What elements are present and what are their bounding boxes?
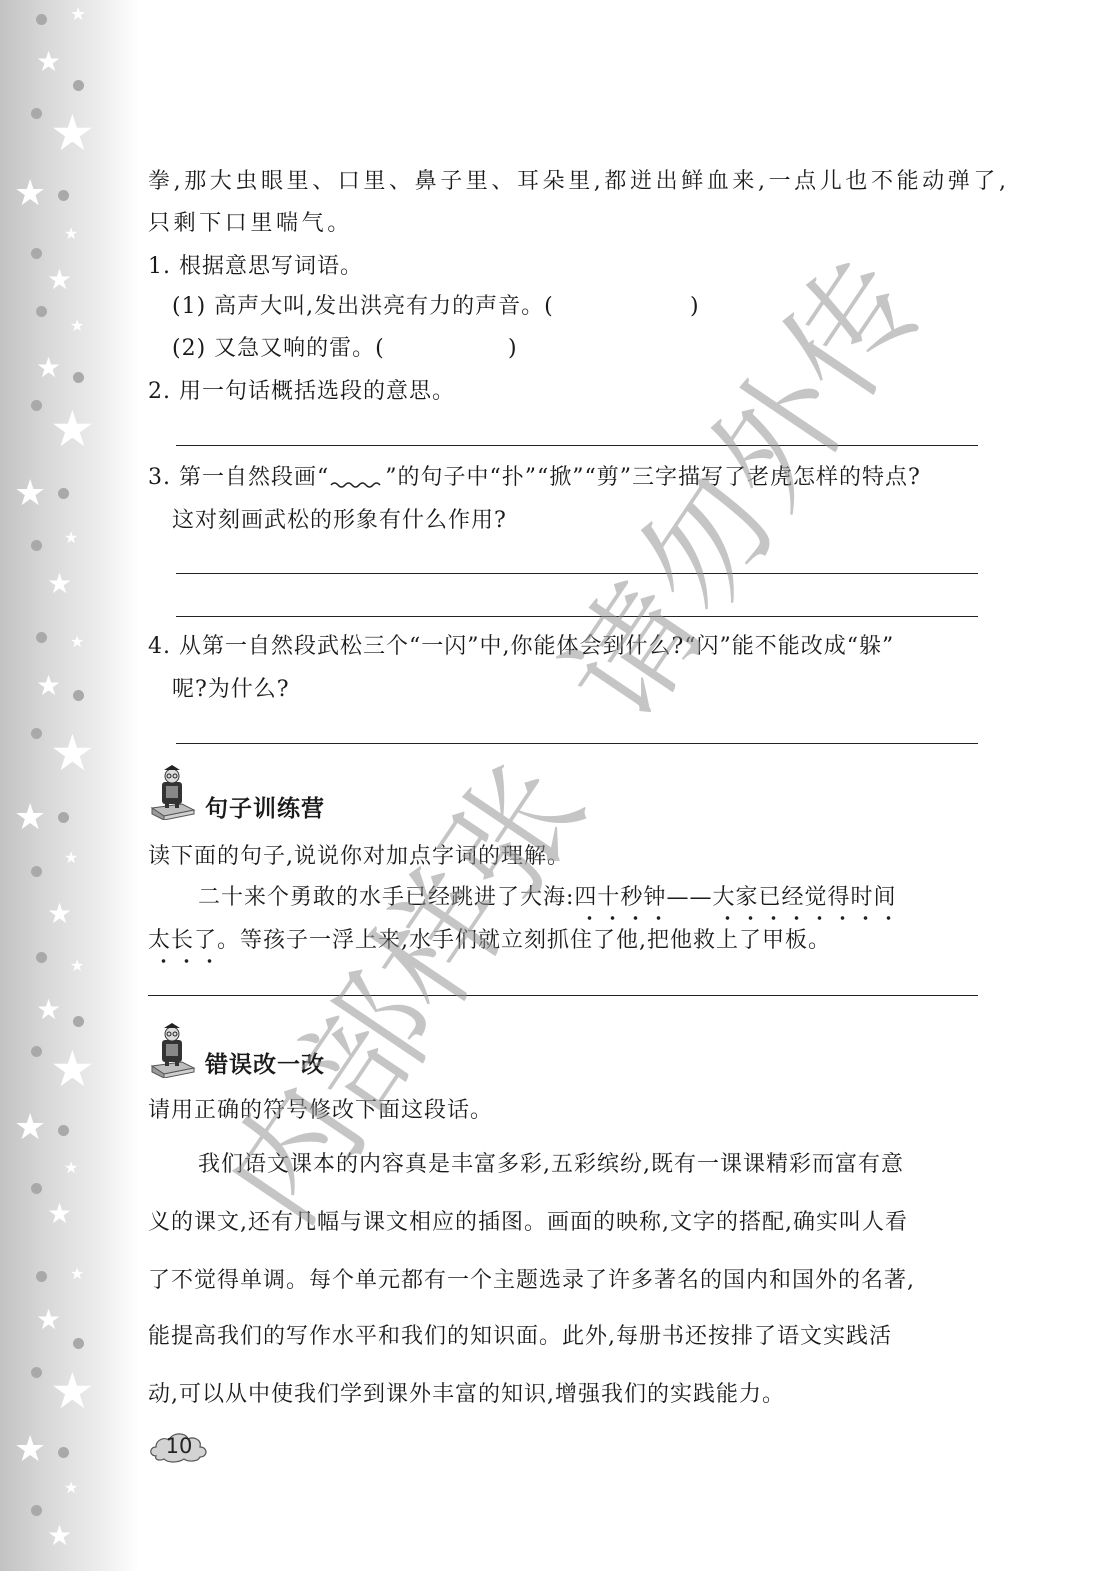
- dot-icon: [58, 1125, 69, 1136]
- star-icon: ★: [47, 1522, 72, 1550]
- star-icon: ★: [70, 634, 84, 650]
- answer-line[interactable]: [176, 445, 978, 446]
- answer-line[interactable]: [176, 573, 978, 574]
- star-icon: ★: [50, 728, 95, 778]
- star-icon: ★: [47, 900, 72, 928]
- sub-text: 又急又响的雷。(: [214, 336, 385, 361]
- sub-label: (1): [172, 294, 206, 319]
- question-text: ”的句子中“扑”“掀”“剪”三字描写了老虎怎样的特点?: [385, 465, 921, 490]
- star-icon: ★: [64, 1160, 78, 1176]
- section-title-sentence-camp: 句子训练营: [205, 790, 325, 823]
- question-1-sub-1: (1) 高声大叫,发出洪亮有力的声音。(: [172, 292, 554, 322]
- dot-icon: [31, 728, 42, 739]
- answer-line[interactable]: [176, 616, 978, 617]
- dot-icon: [58, 488, 69, 499]
- dot-icon: [31, 248, 42, 259]
- dot-icon: [31, 866, 42, 877]
- star-icon: ★: [50, 108, 95, 158]
- question-text: 第一自然段画“: [179, 465, 329, 490]
- star-icon: ★: [50, 1366, 95, 1416]
- dot-icon: [73, 372, 84, 383]
- star-icon: ★: [36, 996, 61, 1024]
- dot-icon: [73, 1338, 84, 1349]
- question-number: 4.: [148, 634, 171, 659]
- star-icon: ★: [14, 176, 46, 212]
- star-icon: ★: [36, 354, 61, 382]
- question-4: 4. 从第一自然段武松三个“一闪”中,你能体会到什么?“闪”能不能改成“躲”: [148, 632, 894, 662]
- star-icon: ★: [47, 570, 72, 598]
- star-icon: ★: [50, 1044, 95, 1094]
- error-paragraph-line: 了不觉得单调。每个单元都有一个主题选录了许多著名的国内和国外的名著,: [148, 1266, 915, 1296]
- reading-mascot-icon: [150, 764, 196, 820]
- dot-icon: [73, 80, 84, 91]
- sentence-paragraph-line-2: 太长了。等孩子一浮上来,水手们就立刻抓住了他,把他救上了甲板。: [148, 926, 831, 956]
- star-icon: ★: [70, 1266, 84, 1282]
- sub-text: 高声大叫,发出洪亮有力的声音。(: [214, 294, 554, 319]
- error-paragraph-line: 我们语文课本的内容真是丰富多彩,五彩缤纷,既有一课课精彩而富有意: [198, 1150, 904, 1180]
- error-paragraph-line: 动,可以从中使我们学到课外丰富的知识,增强我们的实践能力。: [148, 1380, 785, 1410]
- question-3-line-2: 这对刻画武松的形象有什么作用?: [172, 506, 507, 536]
- emphasis-dotted-text: 大家已经觉得时间: [712, 885, 896, 910]
- reading-mascot-icon: [150, 1022, 196, 1078]
- dot-icon: [73, 1016, 84, 1027]
- star-icon: ★: [14, 1110, 46, 1146]
- sentence-text: 二十来个勇敢的水手已经跳进了大海:: [198, 885, 574, 910]
- star-icon: ★: [14, 800, 46, 836]
- question-3: 3. 第一自然段画“”的句子中“扑”“掀”“剪”三字描写了老虎怎样的特点?: [148, 463, 921, 493]
- dot-icon: [36, 1271, 47, 1282]
- answer-line[interactable]: [176, 743, 978, 744]
- answer-blank-close[interactable]: ): [690, 292, 700, 322]
- dot-icon: [31, 400, 42, 411]
- section-title-error-fix: 错误改一改: [205, 1046, 325, 1079]
- star-icon: ★: [14, 476, 46, 512]
- dot-icon: [31, 1367, 42, 1378]
- wavy-underline-icon: [329, 480, 385, 490]
- star-icon: ★: [64, 850, 78, 866]
- dot-icon: [36, 306, 47, 317]
- star-icon: ★: [14, 1432, 46, 1468]
- question-number: 1.: [148, 254, 171, 279]
- star-icon: ★: [70, 318, 84, 334]
- dot-icon: [36, 632, 47, 643]
- dash: ——: [666, 885, 712, 910]
- sub-label: (2): [172, 336, 206, 361]
- dot-icon: [36, 952, 47, 963]
- star-icon: ★: [70, 958, 84, 974]
- question-text: 从第一自然段武松三个“一闪”中,你能体会到什么?“闪”能不能改成“躲”: [179, 634, 894, 659]
- question-4-line-2: 呢?为什么?: [172, 675, 290, 705]
- sentence-text: 。等孩子一浮上来,水手们就立刻抓住了他,把他救上了甲板。: [217, 928, 831, 953]
- question-number: 2.: [148, 379, 171, 404]
- question-2: 2. 用一句话概括选段的意思。: [148, 377, 455, 407]
- dot-icon: [58, 812, 69, 823]
- decorative-sidebar: ★ ★ ★ ★ ★ ★ ★ ★ ★ ★ ★ ★ ★ ★ ★ ★ ★ ★ ★ ★ …: [0, 0, 140, 1571]
- star-icon: ★: [36, 1306, 61, 1334]
- emphasis-dotted-text: 太长了: [148, 928, 217, 953]
- sentence-paragraph: 二十来个勇敢的水手已经跳进了大海:四十秒钟——大家已经觉得时间: [198, 883, 896, 913]
- passage-line-2: 只剩下口里喘气。: [148, 209, 353, 239]
- star-icon: ★: [36, 48, 61, 76]
- sentence-instruction: 读下面的句子,说说你对加点字词的理解。: [148, 842, 570, 872]
- dot-icon: [58, 190, 69, 201]
- dot-icon: [31, 108, 42, 119]
- dot-icon: [36, 14, 47, 25]
- page-number-badge: 10: [148, 1428, 210, 1464]
- dot-icon: [31, 540, 42, 551]
- answer-blank-close[interactable]: ): [508, 334, 518, 364]
- dot-icon: [31, 1046, 42, 1057]
- star-icon: ★: [47, 266, 72, 294]
- star-icon: ★: [64, 226, 78, 242]
- question-1-sub-2: (2) 又急又响的雷。(: [172, 334, 385, 364]
- dot-icon: [31, 1505, 42, 1516]
- star-icon: ★: [47, 1200, 72, 1228]
- dot-icon: [73, 690, 84, 701]
- error-instruction: 请用正确的符号修改下面这段话。: [148, 1096, 493, 1126]
- emphasis-dotted-text: 四十秒钟: [574, 885, 666, 910]
- answer-line[interactable]: [148, 995, 978, 996]
- error-paragraph-line: 义的课文,还有几幅与课文相应的插图。画面的映称,文字的搭配,确实叫人看: [148, 1208, 908, 1238]
- question-text: 用一句话概括选段的意思。: [179, 379, 455, 404]
- question-1: 1. 根据意思写词语。: [148, 252, 363, 282]
- star-icon: ★: [64, 530, 78, 546]
- page-number: 10: [148, 1434, 210, 1458]
- question-number: 3.: [148, 465, 171, 490]
- star-icon: ★: [64, 1480, 78, 1496]
- star-icon: ★: [36, 672, 61, 700]
- question-text: 根据意思写词语。: [179, 254, 363, 279]
- error-paragraph-line: 能提高我们的写作水平和我们的知识面。此外,每册书还按排了语文实践活: [148, 1322, 892, 1352]
- passage-line-1: 拳,那大虫眼里、口里、鼻子里、耳朵里,都迸出鲜血来,一点儿也不能动弹了,: [148, 167, 1010, 197]
- dot-icon: [58, 1447, 69, 1458]
- star-icon: ★: [50, 404, 95, 454]
- star-icon: ★: [70, 6, 86, 24]
- dot-icon: [31, 1183, 42, 1194]
